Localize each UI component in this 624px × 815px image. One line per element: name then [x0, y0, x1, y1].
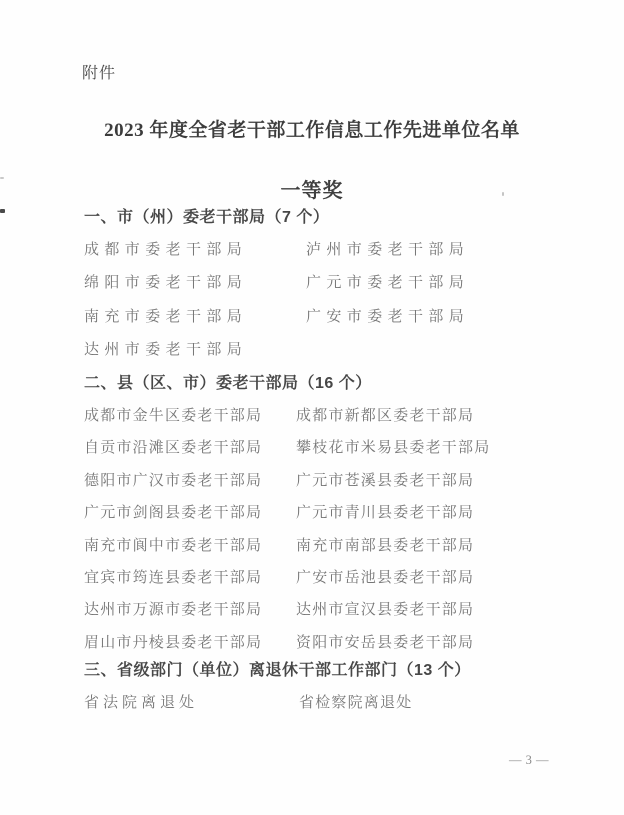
- unit-name: 省法院离退处: [84, 687, 299, 720]
- section-provincial-departments: 三、省级部门（单位）离退休干部工作部门（13 个） 省法院离退处 省检察院离退处: [84, 654, 624, 720]
- unit-name: 广安市委老干部局: [306, 301, 469, 334]
- document-page: 附件 2023 年度全省老干部工作信息工作先进单位名单 一等奖 一、市（州）委老…: [0, 0, 624, 815]
- section-heading: 三、省级部门（单位）离退休干部工作部门（13 个）: [84, 654, 624, 687]
- unit-name: 攀枝花市米易县委老干部局: [296, 432, 490, 464]
- unit-name: 广元市苍溪县委老干部局: [296, 465, 474, 497]
- unit-row: 南充市委老干部局 广安市委老干部局: [84, 301, 624, 334]
- unit-row: 南充市阆中市委老干部局 南充市南部县委老干部局: [84, 530, 624, 562]
- unit-row: 省法院离退处 省检察院离退处: [84, 687, 624, 720]
- unit-name: 省检察院离退处: [299, 687, 412, 720]
- unit-name: 泸州市委老干部局: [306, 234, 469, 267]
- attachment-label: 附件: [82, 60, 116, 83]
- unit-name: 成都市金牛区委老干部局: [84, 400, 296, 432]
- unit-name: 绵阳市委老干部局: [84, 267, 306, 300]
- unit-name: 达州市万源市委老干部局: [84, 594, 296, 626]
- unit-name: 广元市剑阁县委老干部局: [84, 497, 296, 529]
- unit-name: 达州市宣汉县委老干部局: [296, 594, 474, 626]
- unit-row: 绵阳市委老干部局 广元市委老干部局: [84, 267, 624, 300]
- unit-name: 南充市委老干部局: [84, 301, 306, 334]
- unit-name: 成都市新都区委老干部局: [296, 400, 474, 432]
- unit-row: 宜宾市筠连县委老干部局 广安市岳池县委老干部局: [84, 562, 624, 594]
- section-heading: 二、县（区、市）委老干部局（16 个）: [84, 367, 624, 400]
- unit-row: 广元市剑阁县委老干部局 广元市青川县委老干部局: [84, 497, 624, 529]
- unit-name: 广元市青川县委老干部局: [296, 497, 474, 529]
- unit-name: 宜宾市筠连县委老干部局: [84, 562, 296, 594]
- scan-artifact: [0, 177, 4, 179]
- unit-row: 达州市委老干部局: [84, 334, 624, 367]
- unit-row: 成都市金牛区委老干部局 成都市新都区委老干部局: [84, 400, 624, 432]
- section-city-bureaus: 一、市（州）委老干部局（7 个） 成都市委老干部局 泸州市委老干部局 绵阳市委老…: [84, 201, 624, 367]
- unit-name: 德阳市广汉市委老干部局: [84, 465, 296, 497]
- section-county-bureaus: 二、县（区、市）委老干部局（16 个） 成都市金牛区委老干部局 成都市新都区委老…: [84, 367, 624, 659]
- unit-name: 自贡市沿滩区委老干部局: [84, 432, 296, 464]
- unit-row: 成都市委老干部局 泸州市委老干部局: [84, 234, 624, 267]
- unit-name: 南充市阆中市委老干部局: [84, 530, 296, 562]
- unit-name: 广安市岳池县委老干部局: [296, 562, 474, 594]
- document-title: 2023 年度全省老干部工作信息工作先进单位名单: [0, 115, 624, 142]
- unit-row: 自贡市沿滩区委老干部局 攀枝花市米易县委老干部局: [84, 432, 624, 464]
- scan-artifact: [0, 209, 5, 213]
- award-heading: 一等奖: [0, 174, 624, 203]
- unit-name: 南充市南部县委老干部局: [296, 530, 474, 562]
- unit-row: 达州市万源市委老干部局 达州市宣汉县委老干部局: [84, 594, 624, 626]
- unit-name: 成都市委老干部局: [84, 234, 306, 267]
- section-heading: 一、市（州）委老干部局（7 个）: [84, 201, 624, 234]
- unit-name: 广元市委老干部局: [306, 267, 469, 300]
- unit-row: 德阳市广汉市委老干部局 广元市苍溪县委老干部局: [84, 465, 624, 497]
- unit-name: 达州市委老干部局: [84, 334, 306, 367]
- page-number: — 3 —: [509, 753, 549, 768]
- scan-artifact: [502, 192, 504, 196]
